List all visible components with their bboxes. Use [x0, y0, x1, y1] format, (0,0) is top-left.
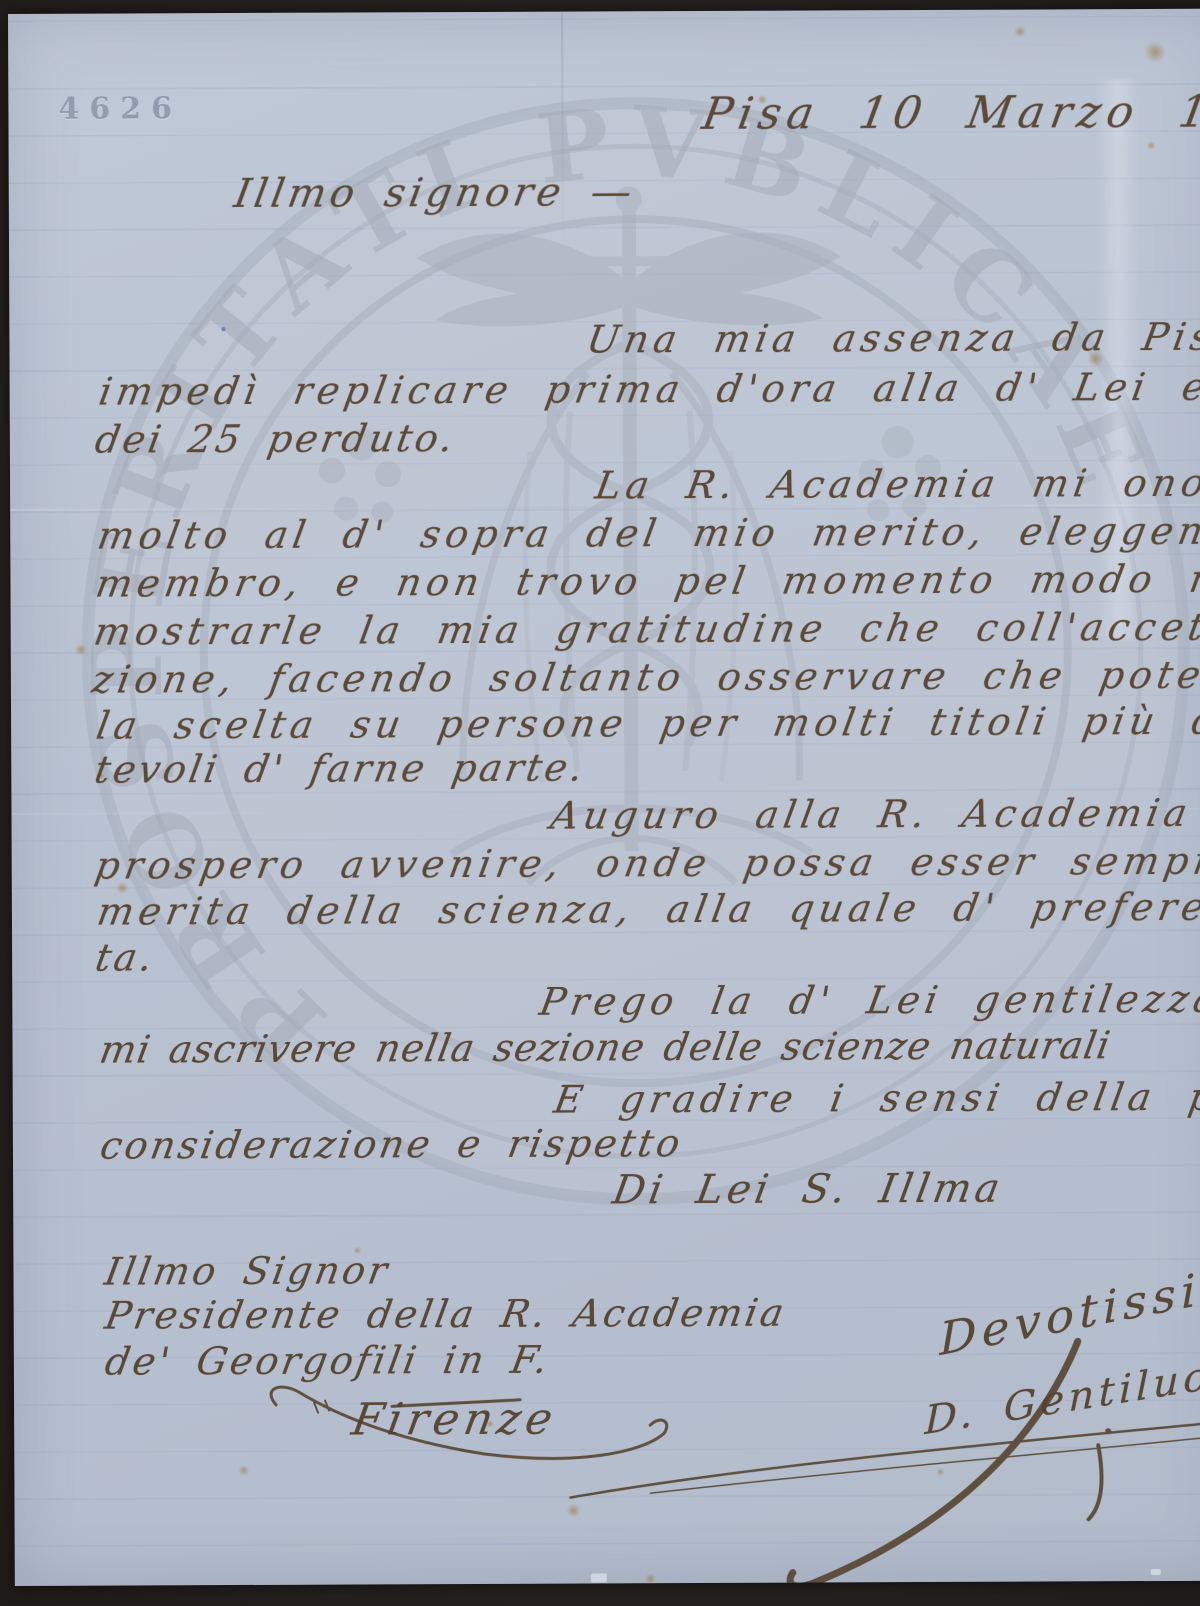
- address-line: Illmo Signor: [102, 1248, 394, 1293]
- handwritten-line: Prego la d' Lei gentilezza a v: [536, 976, 1200, 1024]
- handwritten-line: Auguro alla R. Academia: [548, 791, 1196, 838]
- address-line: de' Georgofili in F.: [102, 1338, 554, 1384]
- foxing-spot: [1147, 141, 1156, 150]
- handwritten-line: zione, facendo soltanto osservare che po…: [89, 651, 1200, 701]
- foxing-spot: [1014, 26, 1026, 38]
- foxing-spot: [1144, 41, 1166, 63]
- handwritten-line: ta.: [92, 935, 159, 979]
- foxing-spot: [238, 1465, 249, 1476]
- address-line: Presidente della R. Academia: [102, 1291, 790, 1338]
- handwritten-line: merita della scienza, alla quale d' pref…: [94, 883, 1200, 933]
- archive-number-stamp: 4626: [58, 91, 182, 127]
- handwritten-line: prospero avvenire, onde possa esser semp…: [92, 838, 1200, 888]
- handwritten-line: molto al d' sopra del mio merito, elegge…: [94, 508, 1200, 558]
- handwritten-line: La R. Academia mi ono: [592, 461, 1200, 508]
- scan-background: { "colors": { "scan_background": "#26222…: [0, 0, 1200, 1606]
- handwritten-line: mi ascrivere nella sezione delle scienze…: [97, 1023, 1115, 1071]
- handwritten-line: considerazione e rispetto: [97, 1121, 686, 1168]
- handwritten-line: E gradire i sensi della più a: [551, 1074, 1200, 1121]
- ink-speck: [221, 327, 225, 331]
- handwritten-line: membro, e non trovo pel momento modo mig…: [93, 556, 1200, 606]
- handwritten-line: Una mia assenza da Pisa m: [584, 314, 1200, 361]
- handwritten-line: mostrarle la mia gratitudine che coll'ac…: [91, 604, 1200, 654]
- salutation: Illmo signore —: [231, 169, 639, 217]
- foxing-spot: [567, 1504, 581, 1518]
- handwritten-line: dei 25 perduto.: [92, 416, 459, 462]
- letter-paper: PROSPERITATI PVBLICAE: [8, 9, 1200, 1586]
- handwritten-line: impedì replicare prima d'ora alla d' Lei…: [96, 364, 1200, 413]
- foxing-spot: [75, 644, 87, 656]
- foxing-spot: [936, 1468, 944, 1476]
- address-city: Firenze: [348, 1394, 561, 1446]
- handwritten-line: tevoli d' farne parte.: [91, 745, 589, 791]
- edge-chip: [591, 1573, 607, 1582]
- foxing-spot: [645, 1573, 656, 1584]
- dateline: Pisa 10 Marzo 187: [699, 86, 1200, 140]
- edge-chip: [1151, 1569, 1161, 1575]
- handwritten-line: la scelta su persone per molti titoli pi…: [93, 698, 1200, 748]
- valediction: Di Lei S. Illma: [609, 1166, 1007, 1214]
